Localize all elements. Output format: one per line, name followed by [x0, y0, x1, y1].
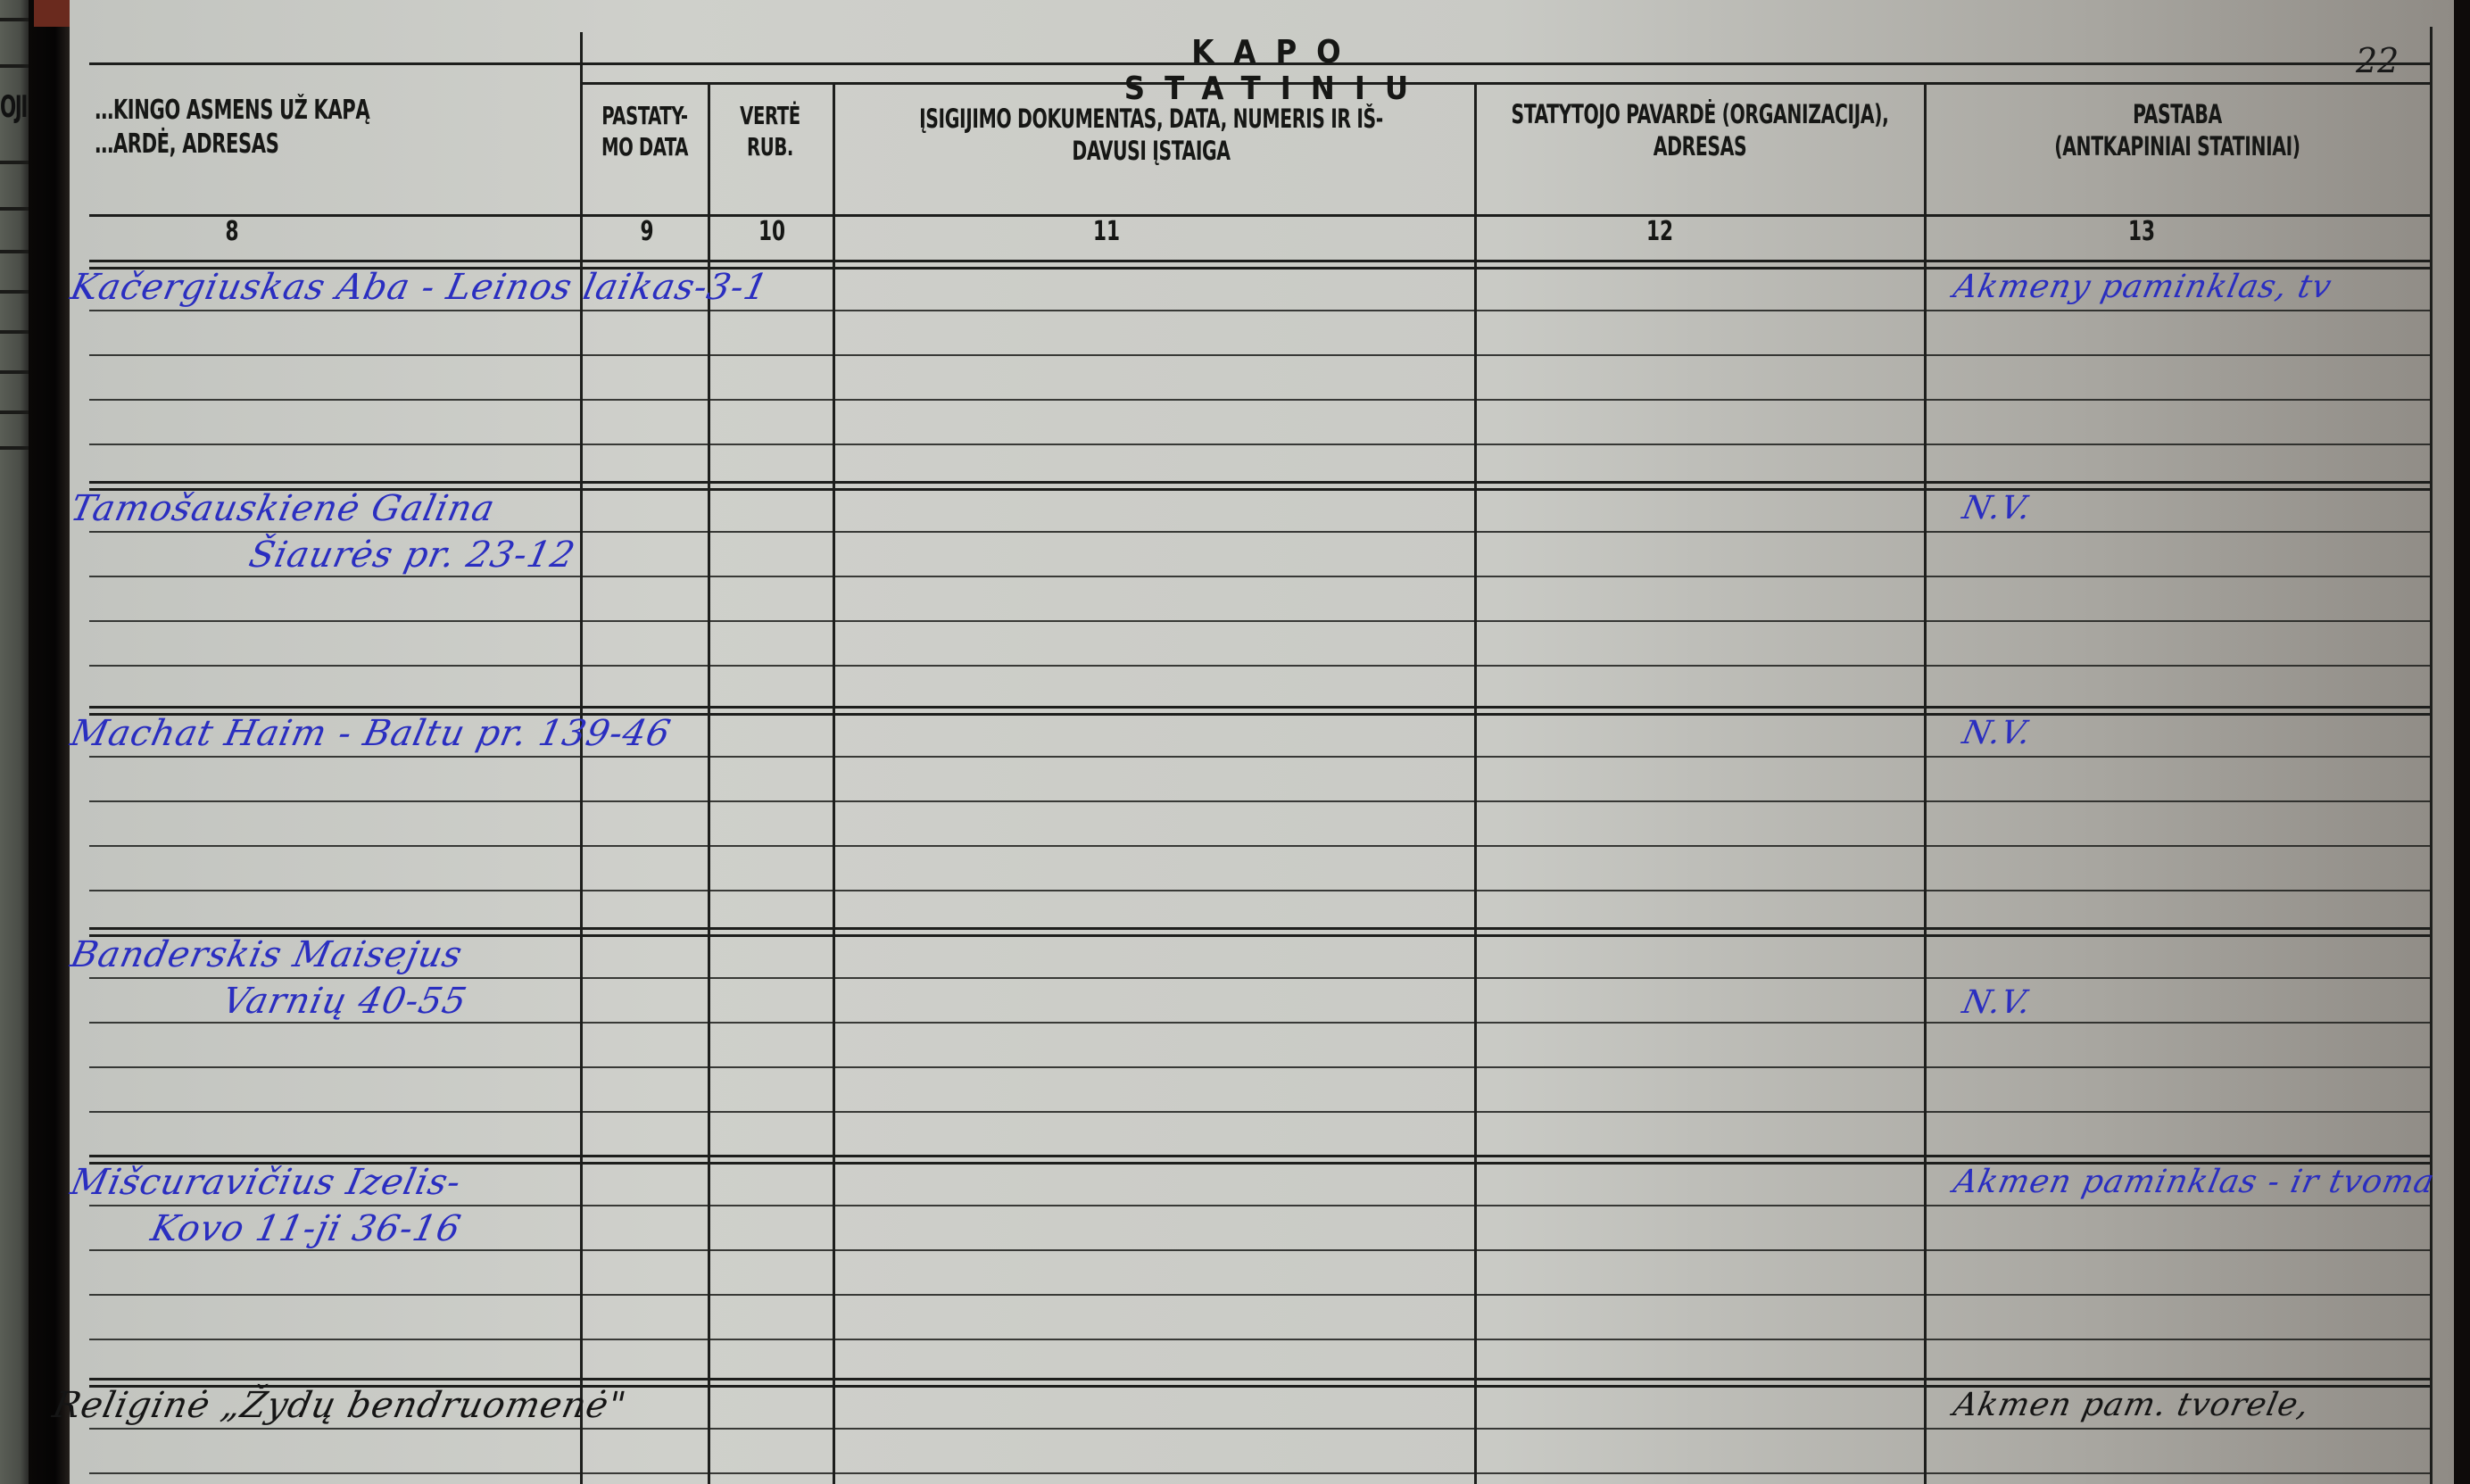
ruled-line: [89, 756, 2432, 758]
col8-header: …KINGO ASMENS UŽ KAPĄ …ARDĖ, ADRESAS: [95, 94, 387, 161]
col9-header-line1: PASTATY-: [598, 100, 692, 131]
page-edge-shadow: [2454, 0, 2470, 1484]
entry-address-line: Kovo 11-ji 36-16: [147, 1208, 465, 1249]
ruled-line: [89, 354, 2432, 356]
entry-remark: Akmen paminklas - ir tvoma: [1951, 1164, 2439, 1200]
ruled-line: [89, 1022, 2432, 1024]
book-binding: [29, 0, 73, 1484]
ruled-line: [89, 845, 2432, 847]
ruled-line: [89, 620, 2432, 622]
entry-name-address: Religinė „Žydų bendruomenė": [49, 1385, 630, 1426]
ruled-line: [0, 207, 29, 211]
col8-number: 8: [189, 216, 275, 247]
previous-page-edge: OJI: [0, 0, 29, 1484]
ruled-line: [0, 161, 29, 164]
column-divider: [580, 32, 583, 1484]
entry-address-line: Varnių 40-55: [219, 981, 470, 1022]
ruled-line: [89, 665, 2432, 667]
ruled-line: [89, 531, 2432, 533]
ruled-line: [0, 64, 29, 68]
entry-name-address: Tamošauskienė Galina: [67, 488, 499, 529]
col11-number: 11: [1064, 216, 1149, 247]
record-group-rule: [89, 1378, 2432, 1380]
ruled-line: [89, 1428, 2432, 1430]
ruled-line: [89, 1339, 2432, 1340]
record-group-rule: [89, 1155, 2432, 1157]
ruled-line: [0, 250, 29, 253]
ruled-line: [89, 1066, 2432, 1068]
ruled-line: [0, 446, 29, 450]
header-bottom-rule: [89, 214, 2432, 217]
col8-header-line1: …KINGO ASMENS UŽ KAPĄ: [95, 94, 387, 128]
col10-number: 10: [725, 216, 818, 247]
record-group-rule: [89, 260, 2432, 262]
entry-remark: Akmeny paminklas, tv: [1951, 269, 2335, 305]
binding-cover-corner: [34, 0, 70, 27]
ruled-line: [89, 576, 2432, 577]
ruled-line: [89, 800, 2432, 802]
col11-header-line1: ĮSIGIJIMO DOKUMENTAS, DATA, NUMERIS IR I…: [880, 103, 1422, 135]
record-group-rule: [89, 927, 2432, 930]
entry-remark: N.V.: [1960, 490, 2035, 526]
entry-name-address: Banderskis Maisejus: [67, 934, 466, 975]
page-number: 22: [2356, 41, 2399, 80]
ruled-line: [89, 1472, 2432, 1474]
ruled-line: [0, 290, 29, 294]
col10-header-line1: VERTĖ: [725, 100, 815, 131]
col12-header-line2: ADRESAS: [1509, 130, 1892, 162]
entry-name-address: Mišcuravičius Izelis-: [67, 1162, 465, 1203]
group-title: KAPO STATINIU: [1026, 34, 1526, 107]
col9-header-line2: MO DATA: [598, 131, 692, 162]
col13-header-line2: (ANTKAPINIAI STATINIAI): [1983, 130, 2373, 162]
col13-header-line1: PASTABA: [1983, 98, 2373, 130]
ruled-line: [89, 1205, 2432, 1206]
entry-name-address: Kačergiuskas Aba - Leinos laikas-3-1: [67, 267, 772, 308]
ruled-line: [89, 399, 2432, 401]
entry-address-line: Šiaurės pr. 23-12: [245, 535, 579, 576]
col10-header-line2: RUB.: [725, 131, 815, 162]
ruled-line: [89, 1111, 2432, 1113]
col12-header: STATYTOJO PAVARDĖ (ORGANIZACIJA), ADRESA…: [1509, 98, 1892, 163]
ruled-line: [0, 330, 29, 334]
ruled-line: [89, 1249, 2432, 1251]
record-group-rule: [89, 481, 2432, 484]
col12-number: 12: [1617, 216, 1703, 247]
entry-remark: N.V.: [1960, 715, 2035, 751]
entry-remark: N.V.: [1960, 984, 2035, 1021]
entry-remark: Akmen pam. tvorele,: [1951, 1387, 2313, 1423]
col13-number: 13: [2099, 216, 2184, 247]
ruled-line: [89, 977, 2432, 979]
col11-header: ĮSIGIJIMO DOKUMENTAS, DATA, NUMERIS IR I…: [880, 103, 1422, 168]
ruled-line: [89, 890, 2432, 891]
column-divider: [1474, 82, 1477, 1484]
ruled-line: [89, 1294, 2432, 1296]
ruled-line: [0, 18, 29, 21]
col11-header-line2: DAVUSI ĮSTAIGA: [880, 135, 1422, 167]
col10-header: VERTĖ RUB.: [725, 100, 815, 162]
column-divider: [1924, 82, 1927, 1484]
col13-header: PASTABA (ANTKAPINIAI STATINIAI): [1983, 98, 2373, 163]
record-group-rule: [89, 706, 2432, 709]
col8-header-line2: …ARDĖ, ADRESAS: [95, 128, 387, 162]
column-divider: [833, 82, 835, 1484]
col9-number: 9: [601, 216, 693, 247]
ruled-line: [0, 370, 29, 374]
col9-header: PASTATY- MO DATA: [598, 100, 692, 162]
col12-header-line1: STATYTOJO PAVARDĖ (ORGANIZACIJA),: [1509, 98, 1892, 130]
ruled-line: [89, 444, 2432, 445]
ruled-line: [0, 410, 29, 414]
previous-page-header-stub: OJI: [0, 89, 27, 125]
ruled-line: [89, 310, 2432, 311]
entry-name-address: Machat Haim - Baltu pr. 139-46: [67, 713, 675, 754]
